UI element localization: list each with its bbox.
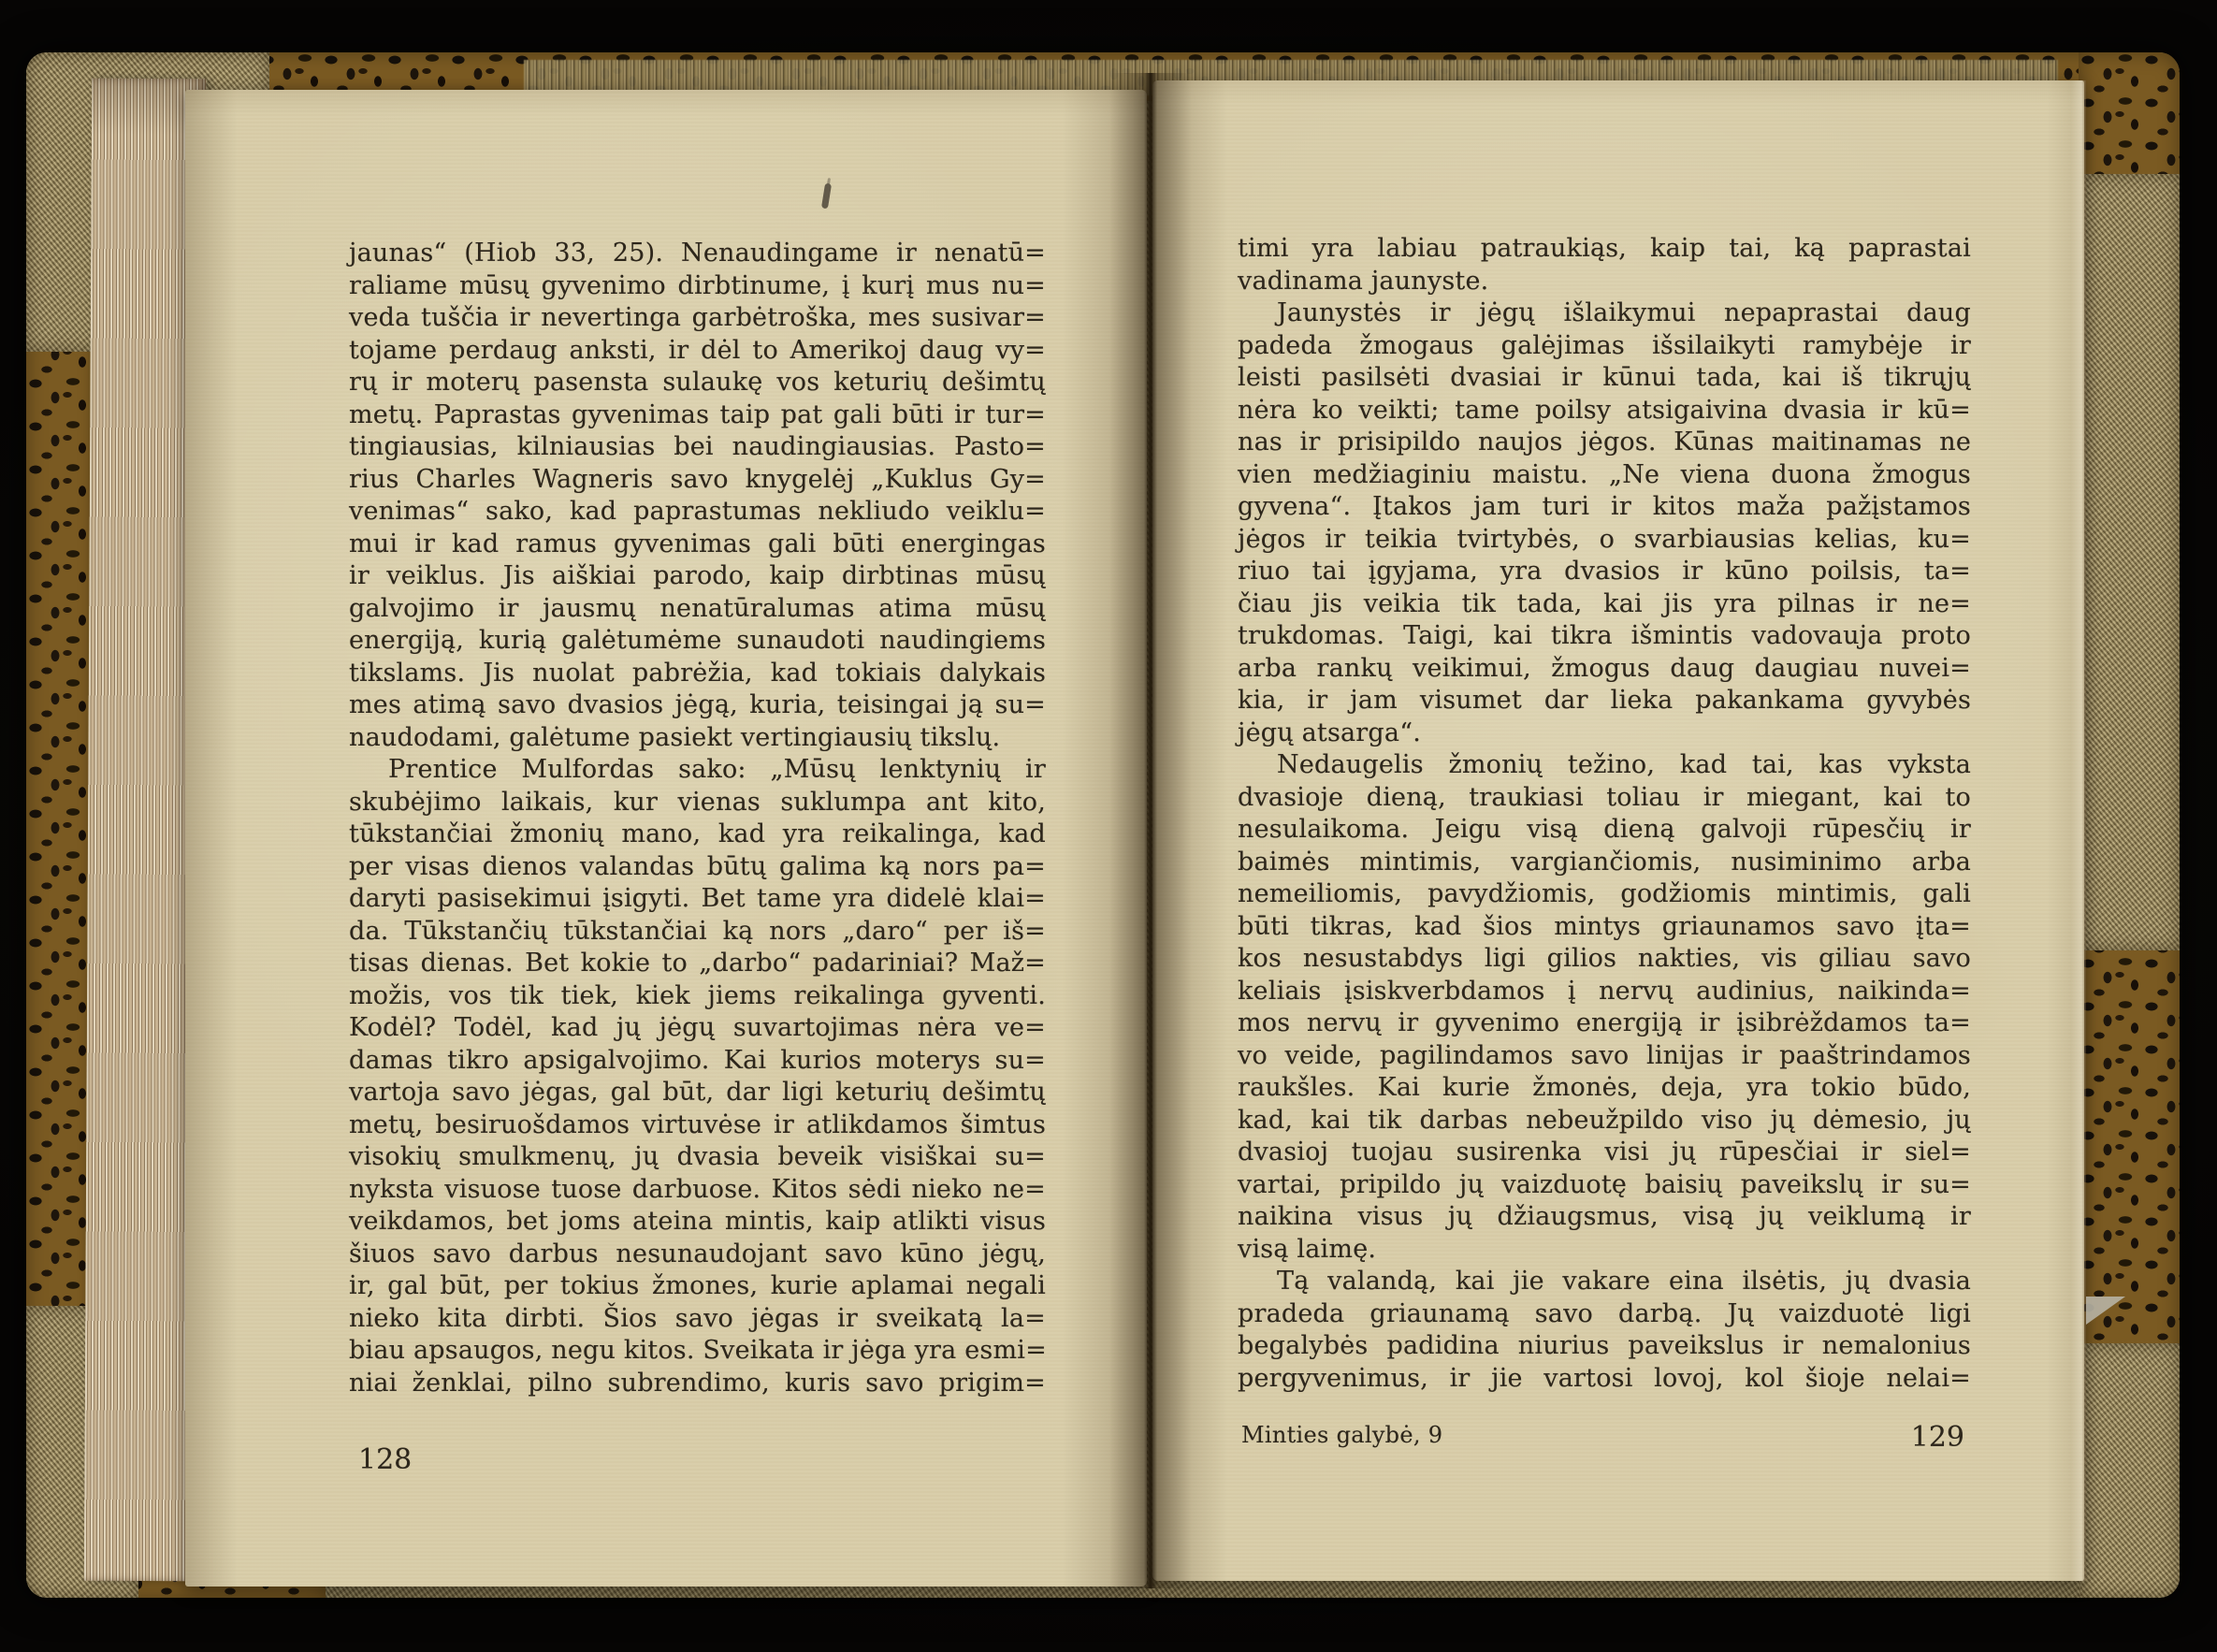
text-line: vien medžiaginiu maistu. „Ne viena duona… [1238, 459, 1971, 492]
cover-fabric-corner-top-right [2080, 174, 2180, 950]
text-line: kia, ir jam visumet dar lieka pakankama … [1238, 685, 1971, 717]
text-line: rius Charles Wagneris savo knygelėj „Kuk… [349, 464, 1046, 497]
text-line: nesulaikoma. Jeigu visą dieną galvoji rū… [1238, 814, 1971, 847]
text-line: rų ir moterų pasensta sulaukę vos keturi… [349, 367, 1046, 399]
text-line: dvasioj tuojau susirenka visi jų rūpesči… [1238, 1137, 1971, 1169]
right-page: timi yra labiau patraukiąs, kaip tai, ką… [1152, 80, 2084, 1581]
text-line: ir, gal būt, per tokius žmones, kurie ap… [349, 1270, 1046, 1303]
text-line: tojame perdaug anksti, ir dėl to Ameriko… [349, 335, 1046, 368]
text-line: baimės mintimis, vargiančiomis, nusimini… [1238, 847, 1971, 879]
cover-fabric-corner-bottom-right [2080, 1343, 2180, 1598]
text-line: vo veide, pagilindamos savo linijas ir p… [1238, 1040, 1971, 1073]
text-line: naudodami, galėtume pasiekt vertingiausi… [349, 722, 1046, 755]
text-line: padeda žmogaus galėjimas išsilaikyti ram… [1238, 330, 1971, 363]
text-line: begalybės padidina niurius paveikslus ir… [1238, 1330, 1971, 1363]
text-line: per visas dienos valandas būtų galima ką… [349, 851, 1046, 884]
text-line: ir veiklus. Jis aiškiai parodo, kaip dir… [349, 560, 1046, 593]
text-line: metų, besiruošdamos virtuvėse ir atlikda… [349, 1109, 1046, 1142]
text-line: venimas“ sako, kad paprastumas nekliudo … [349, 496, 1046, 529]
text-line: čiau jis veikia tik tada, kai jis yra pi… [1238, 588, 1971, 621]
text-line: galvojimo ir jausmų nenatūralumas atima … [349, 593, 1046, 626]
text-line: raliame mūsų gyvenimo dirbtinume, į kurį… [349, 270, 1046, 303]
text-line: Prentice Mulfordas sako: „Mūsų lenktynių… [349, 754, 1046, 787]
text-line: vartai, pripildo jų vaizduotę baisių pav… [1238, 1169, 1971, 1202]
text-line: mes atimą savo dvasios jėgą, kuria, teis… [349, 689, 1046, 722]
text-line: vadinama jaunyste. [1238, 266, 1971, 298]
left-page: jaunas“ (Hiob 33, 25). Nenaudingame ir n… [185, 90, 1147, 1587]
text-line: būti tikras, kad šios mintys griaunamos … [1238, 911, 1971, 944]
text-line: kad, kai tik darbas nebeužpildo viso jų … [1238, 1105, 1971, 1138]
text-line: veda tuščia ir nevertinga garbėtroška, m… [349, 302, 1046, 335]
text-line: gyvena“. Įtakos jam turi ir kitos maža p… [1238, 491, 1971, 524]
text-line: tingiausias, kilniausias bei naudingiaus… [349, 431, 1046, 464]
text-line: jėgos ir teikia tvirtybės, o svarbiausia… [1238, 524, 1971, 557]
left-page-text: jaunas“ (Hiob 33, 25). Nenaudingame ir n… [349, 238, 1046, 1399]
right-page-text: timi yra labiau patraukiąs, kaip tai, ką… [1238, 233, 1971, 1395]
text-line: Jaunystės ir jėgų išlaikymui nepaprastai… [1238, 297, 1971, 330]
text-line: da. Tūkstančių tūkstančiai ką nors „daro… [349, 916, 1046, 949]
text-line: energiją, kurią galėtumėme sunaudoti nau… [349, 625, 1046, 658]
text-line: kos nesustabdys ligi gilios nakties, vis… [1238, 943, 1971, 976]
text-line: leisti pasilsėti dvasiai ir kūnui tada, … [1238, 362, 1971, 395]
text-line: možis, vos tik tiek, kiek jiems reikalin… [349, 980, 1046, 1013]
book-scan-scene: jaunas“ (Hiob 33, 25). Nenaudingame ir n… [0, 0, 2217, 1652]
text-line: skubėjimo laikais, kur vienas suklumpa a… [349, 787, 1046, 819]
text-line: jaunas“ (Hiob 33, 25). Nenaudingame ir n… [349, 238, 1046, 270]
text-line: tikslams. Jis nuolat pabrėžia, kad tokia… [349, 658, 1046, 690]
text-line: vartoja savo jėgas, gal būt, dar ligi ke… [349, 1077, 1046, 1109]
text-line: šiuos savo darbus nesunaudojant savo kūn… [349, 1239, 1046, 1271]
cover-wear-patch [2086, 1297, 2125, 1325]
left-page-number: 128 [358, 1443, 412, 1476]
running-title-footer: Minties galybė, 9 [1241, 1422, 1442, 1448]
text-line: keliais įsiskverbdamos į nervų audinius,… [1238, 976, 1971, 1008]
text-line: nėra ko veikti; tame poilsy atsigaivina … [1238, 395, 1971, 427]
text-line: timi yra labiau patraukiąs, kaip tai, ką… [1238, 233, 1971, 266]
text-line: pergyvenimus, ir jie vartosi lovoj, kol … [1238, 1363, 1971, 1396]
text-line: mui ir kad ramus gyvenimas gali būti ene… [349, 529, 1046, 561]
text-line: arba rankų veikimui, žmogus daug daugiau… [1238, 653, 1971, 686]
text-line: damas tikro apsigalvojimo. Kai kurios mo… [349, 1045, 1046, 1078]
text-line: nas ir prisipildo naujos jėgos. Kūnas ma… [1238, 427, 1971, 459]
text-line: metų. Paprastas gyvenimas taip pat gali … [349, 399, 1046, 432]
text-line: naikina visus jų džiaugsmus, visą jų vei… [1238, 1201, 1971, 1234]
text-line: dvasioje dieną, traukiasi toliau ir mieg… [1238, 782, 1971, 815]
text-line: tūkstančiai žmonių mano, kad yra reikali… [349, 819, 1046, 851]
text-line: pradeda griaunamą savo darbą. Jų vaizduo… [1238, 1298, 1971, 1331]
text-line: Kodėl? Todėl, kad jų jėgų suvartojimas n… [349, 1012, 1046, 1045]
right-page-number: 129 [1911, 1421, 1964, 1454]
text-line: visą laimę. [1238, 1234, 1971, 1267]
text-line: trukdomas. Taigi, kai tikra išmintis vad… [1238, 620, 1971, 653]
text-line: riuo tai įgyjama, yra dvasios ir kūno po… [1238, 556, 1971, 588]
text-line: tisas dienas. Bet kokie to „darbo“ padar… [349, 948, 1046, 980]
text-line: visokių smulkmenų, jų dvasia beveik visi… [349, 1141, 1046, 1174]
text-line: biau apsaugos, negu kitos. Sveikata ir j… [349, 1335, 1046, 1368]
text-line: veikdamos, bet joms ateina mintis, kaip … [349, 1206, 1046, 1239]
text-line: Tą valandą, kai jie vakare eina ilsėtis,… [1238, 1266, 1971, 1298]
text-line: raukšles. Kai kurie žmonės, deja, yra to… [1238, 1072, 1971, 1105]
text-line: daryti pasisekimui įsigyti. Bet tame yra… [349, 883, 1046, 916]
text-line: jėgų atsarga“. [1238, 717, 1971, 750]
text-line: niai ženklai, pilno subrendimo, kuris sa… [349, 1368, 1046, 1400]
text-line: Nedaugelis žmonių težino, kad tai, kas v… [1238, 749, 1971, 782]
text-line: nyksta visuose tuose darbuose. Kitos sėd… [349, 1174, 1046, 1207]
text-line: nieko kita dirbti. Šios savo jėgas ir sv… [349, 1303, 1046, 1336]
text-line: nemeiliomis, pavydžiomis, godžiomis mint… [1238, 878, 1971, 911]
text-line: mos nervų ir gyvenimo energiją ir įsibrė… [1238, 1007, 1971, 1040]
